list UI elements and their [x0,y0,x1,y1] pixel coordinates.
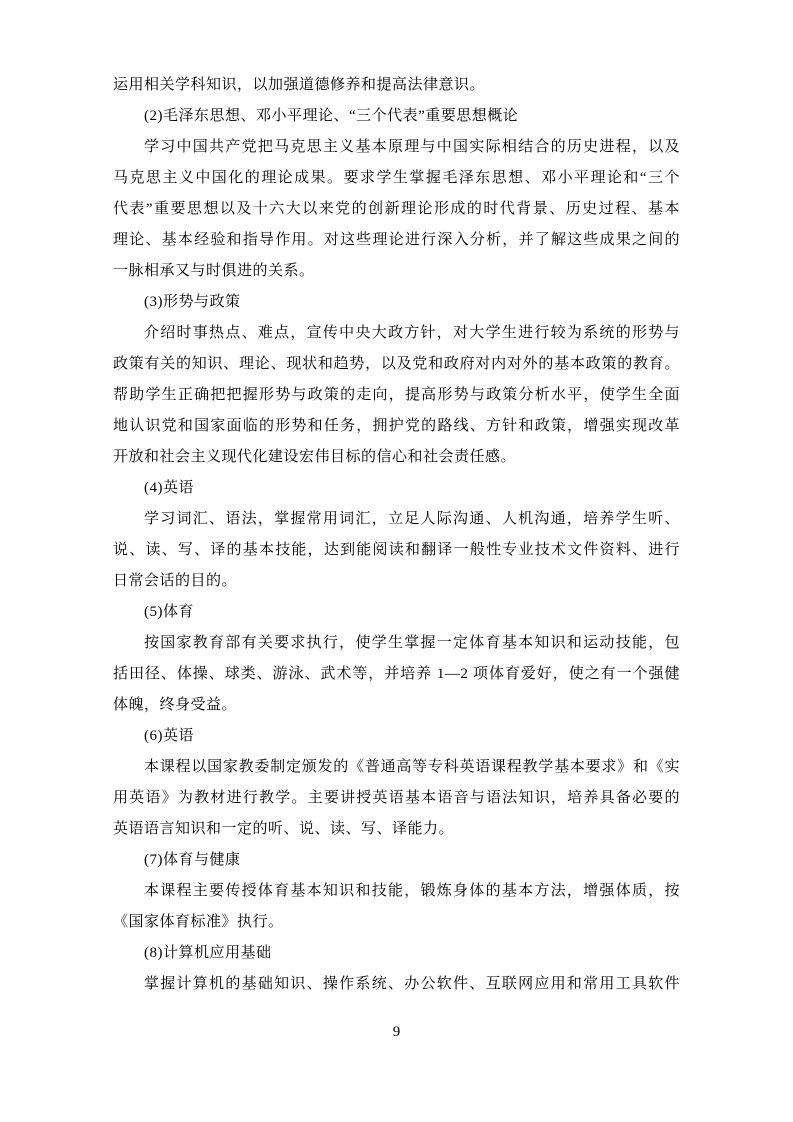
page-footer: 9 [0,1022,793,1042]
section-heading: (2)毛泽东思想、邓小平理论、“三个代表”重要思想概论 [113,101,680,132]
text-line: 本课程以国家教委制定颁发的《普通高等专科英语课程教学基本要求》和《实 [113,752,680,783]
page-number: 9 [393,1024,401,1040]
text-line: 一脉相承又与时俱进的关系。 [113,256,680,287]
text-line: 《国家体育标准》执行。 [113,907,680,938]
text-line: 括田径、体操、球类、游泳、武术等，并培养 1—2 项体育爱好，使之有一个强健 [113,659,680,690]
text-line: 日常会话的目的。 [113,566,680,597]
section-heading: (3)形势与政策 [113,287,680,318]
document-body: 运用相关学科知识，以加强道德修养和提高法律意识。(2)毛泽东思想、邓小平理论、“… [113,70,680,1000]
text-line: 帮助学生正确把把握形势与政策的走向，提高形势与政策分析水平，使学生全面 [113,380,680,411]
section-heading: (8)计算机应用基础 [113,938,680,969]
section-heading: (4)英语 [113,473,680,504]
text-line: 开放和社会主义现代化建设宏伟目标的信心和社会责任感。 [113,442,680,473]
text-line: 政策有关的知识、理论、现状和趋势，以及党和政府对内对外的基本政策的教育。 [113,349,680,380]
document-page: 运用相关学科知识，以加强道德修养和提高法律意识。(2)毛泽东思想、邓小平理论、“… [0,0,793,1122]
text-line: 学习中国共产党把马克思主义基本原理与中国实际相结合的历史进程，以及 [113,132,680,163]
text-line: 学习词汇、语法，掌握常用词汇，立足人际沟通、人机沟通，培养学生听、 [113,504,680,535]
text-line: 体魄，终身受益。 [113,690,680,721]
text-line: 马克思主义中国化的理论成果。要求学生掌握毛泽东思想、邓小平理论和“三个 [113,163,680,194]
text-line: 代表”重要思想以及十六大以来党的创新理论形成的时代背景、历史过程、基本 [113,194,680,225]
section-heading: (7)体育与健康 [113,845,680,876]
text-line: 按国家教育部有关要求执行，使学生掌握一定体育基本知识和运动技能，包 [113,628,680,659]
section-heading: (5)体育 [113,597,680,628]
text-line: 掌握计算机的基础知识、操作系统、办公软件、互联网应用和常用工具软件 [113,969,680,1000]
text-line: 地认识党和国家面临的形势和任务，拥护党的路线、方针和政策，增强实现改革 [113,411,680,442]
text-line: 本课程主要传授体育基本知识和技能，锻炼身体的基本方法，增强体质，按 [113,876,680,907]
text-line: 说、读、写、译的基本技能，达到能阅读和翻译一般性专业技术文件资料、进行 [113,535,680,566]
text-line: 用英语》为教材进行教学。主要讲授英语基本语音与语法知识，培养具备必要的 [113,783,680,814]
text-line: 运用相关学科知识，以加强道德修养和提高法律意识。 [113,70,680,101]
text-line: 英语语言知识和一定的听、说、读、写、译能力。 [113,814,680,845]
text-line: 理论、基本经验和指导作用。对这些理论进行深入分析，并了解这些成果之间的 [113,225,680,256]
text-line: 介绍时事热点、难点，宣传中央大政方针，对大学生进行较为系统的形势与 [113,318,680,349]
section-heading: (6)英语 [113,721,680,752]
